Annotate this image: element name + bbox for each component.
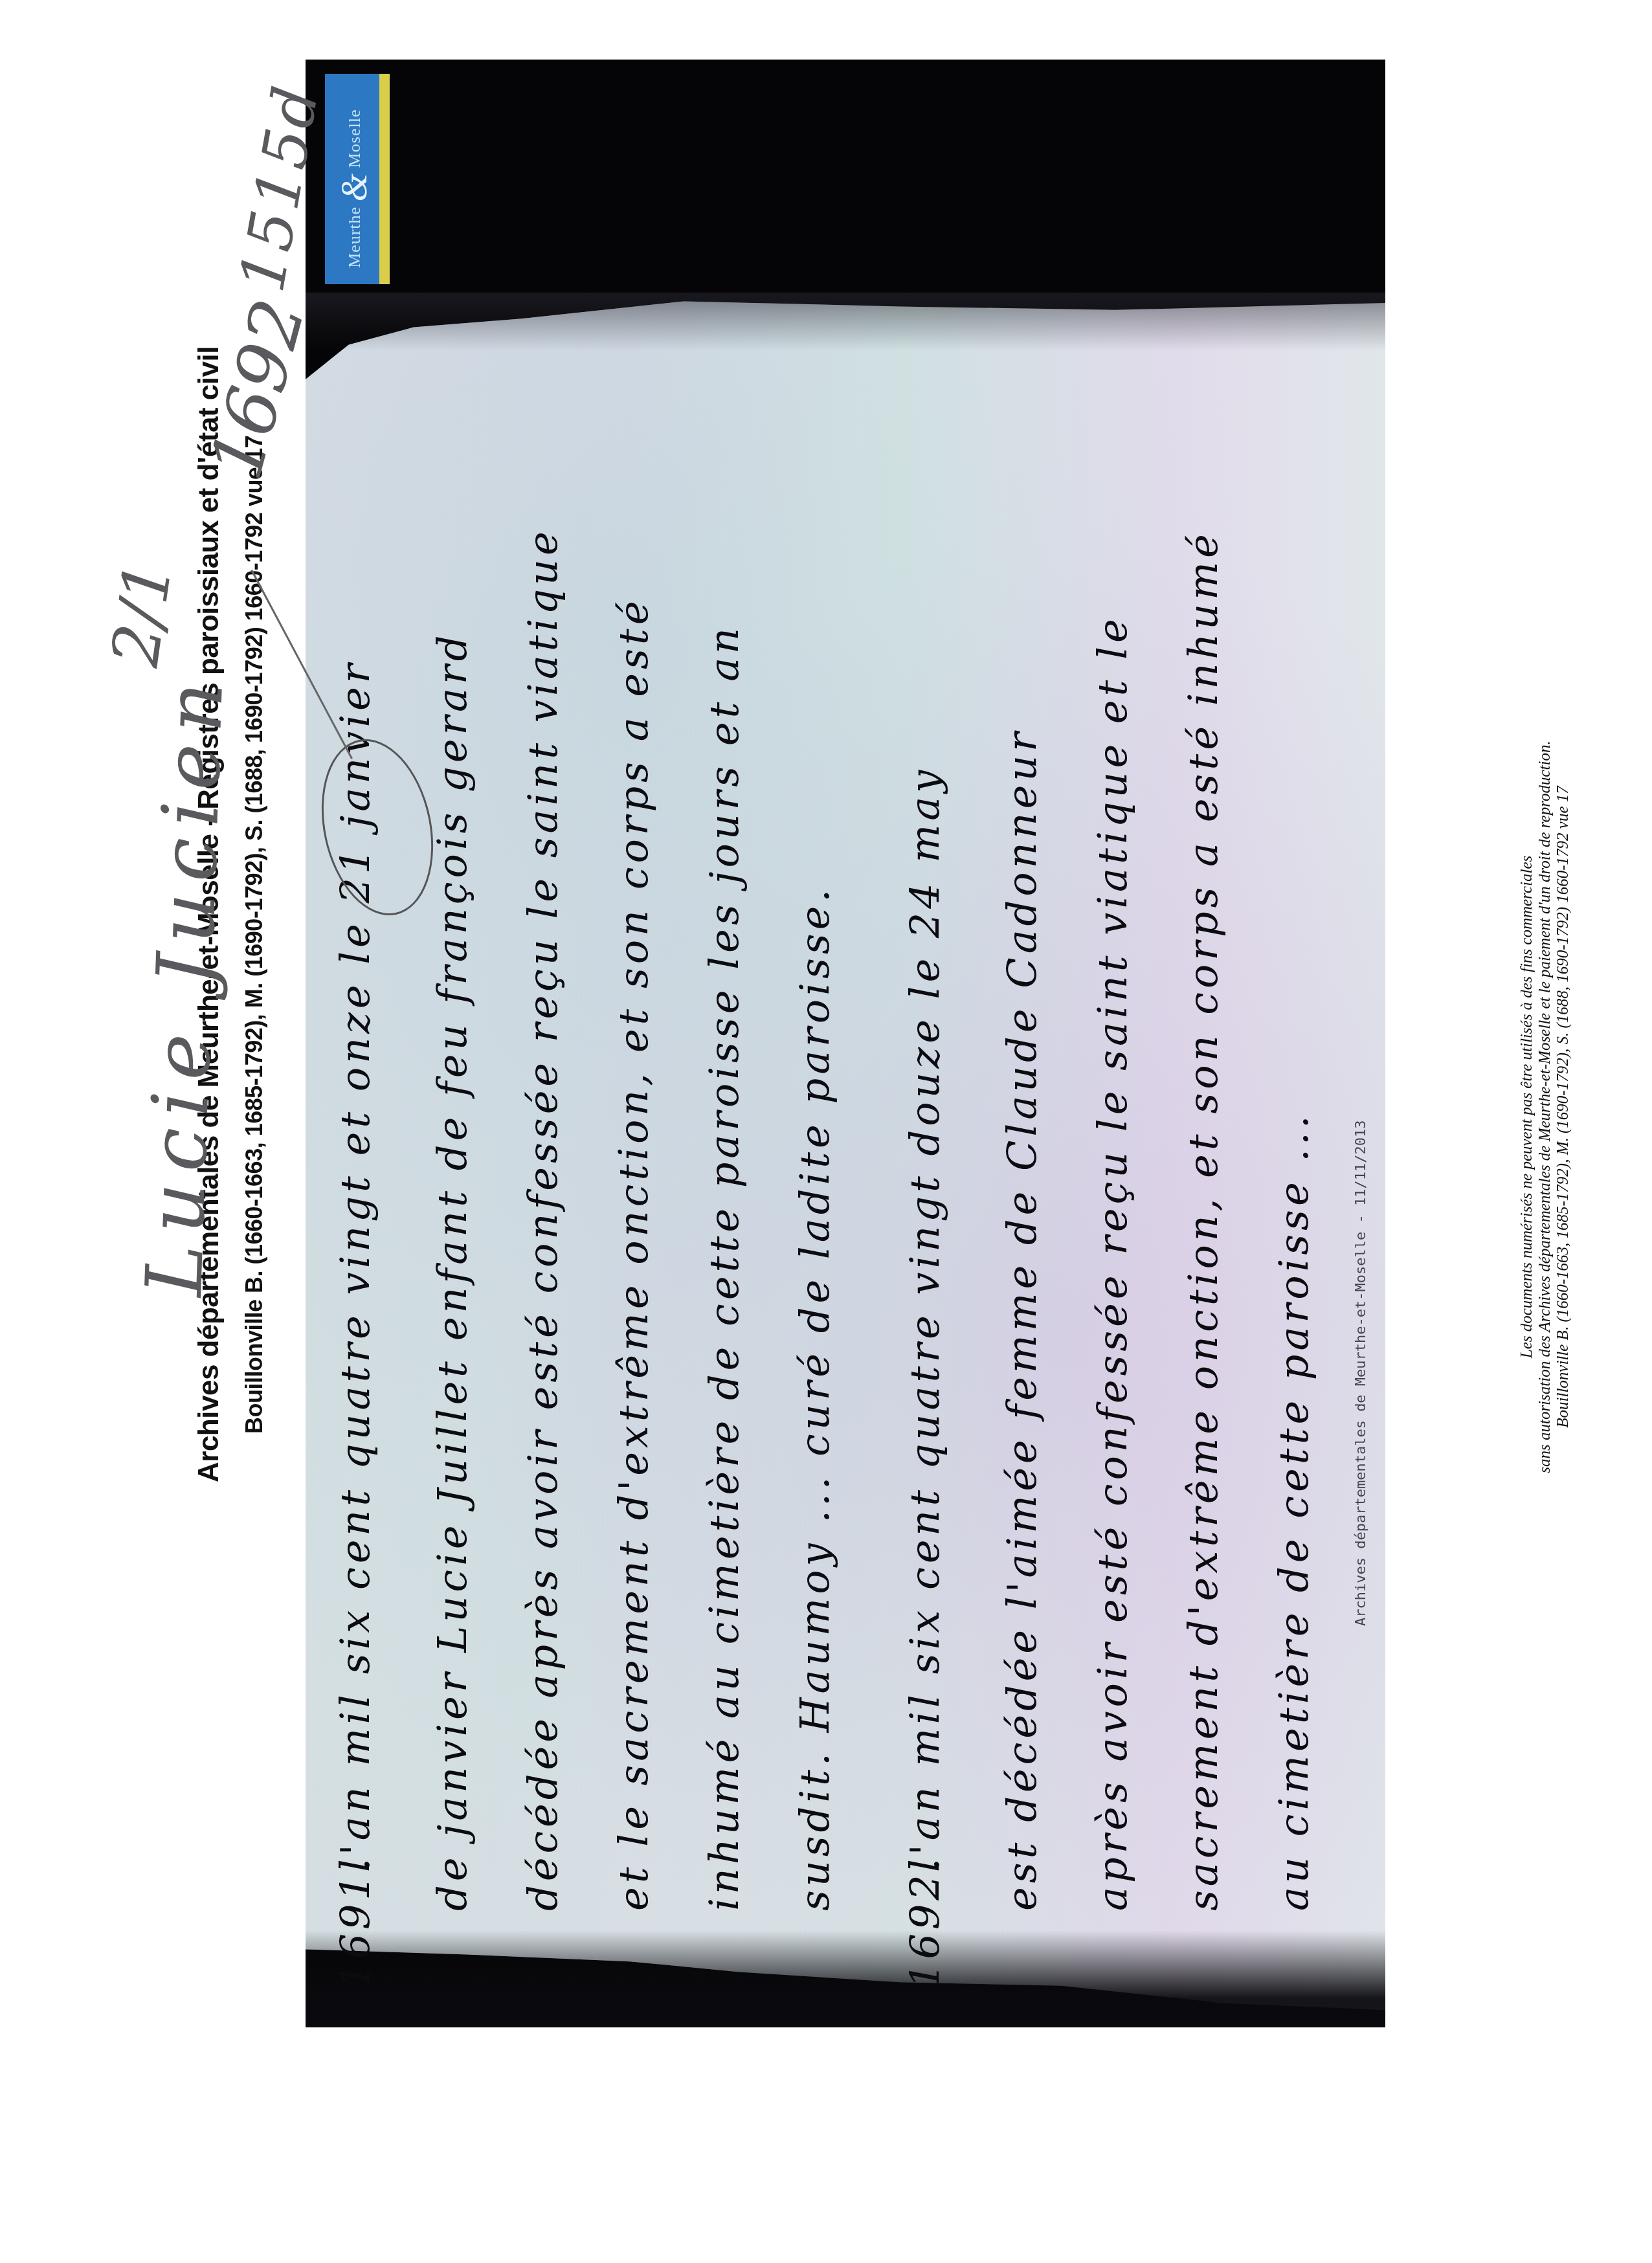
entry-1691-line-3: décédée après avoir esté confessée reçu … — [519, 528, 566, 1911]
archive-watermark: Archives départementales de Meurthe-et-M… — [1353, 1120, 1369, 1626]
disclaimer-line-2: sans autorisation des Archives départeme… — [1536, 647, 1554, 1566]
disclaimer-line-1: Les documents numérisés ne peuvent pas ê… — [1518, 647, 1536, 1566]
paper-bottom-edge — [306, 1930, 1385, 2027]
entry-1692-line-2: est décédée l'aimée femme de Claude Cado… — [998, 728, 1045, 1911]
pencil-annotation-date: 2/1 — [97, 557, 186, 671]
entry-1691-line-6: susdit. Haumoy ... curé de ladite parois… — [791, 886, 838, 1911]
meurthe-moselle-logo: Meurthe & Moselle — [325, 74, 390, 284]
entry-1692-line-3: après avoir esté confessée reçu le saint… — [1089, 615, 1136, 1911]
logo-word-meurthe: Meurthe — [345, 206, 364, 268]
disclaimer-line-3: Bouillonville B. (1660-1663, 1685-1792),… — [1554, 647, 1572, 1566]
scanned-register-photo: Meurthe & Moselle 1691. l'an mil six cen… — [306, 60, 1385, 2027]
entry-1692-line-1: l'an mil six cent quatre vingt douze le … — [901, 766, 948, 1872]
logo-text: Meurthe & Moselle — [334, 109, 375, 268]
entry-1691-line-5: inhumé au cimetière de cette paroisse le… — [700, 624, 748, 1911]
register-subtitle: Bouillonville B. (1660-1663, 1685-1792),… — [241, 436, 268, 1434]
entry-1692-line-5: au cimetière de cette paroisse ... — [1270, 1112, 1317, 1911]
logo-ampersand: & — [335, 173, 375, 202]
margin-year-1692: 1692. — [901, 1855, 948, 1989]
entry-1692-line-4: sacrement d'extrême onction, et son corp… — [1179, 530, 1227, 1911]
entry-1691-line-4: et le sacrement d'extrême onction, et so… — [610, 597, 657, 1911]
logo-word-moselle: Moselle — [345, 109, 364, 168]
paper-top-edge — [306, 293, 1385, 351]
entry-1691-line-2: de janvier Lucie Juillet enfant de feu f… — [429, 632, 476, 1911]
margin-year-1691: 1691. — [331, 1855, 379, 1989]
usage-disclaimer: Les documents numérisés ne peuvent pas ê… — [1518, 647, 1572, 1566]
